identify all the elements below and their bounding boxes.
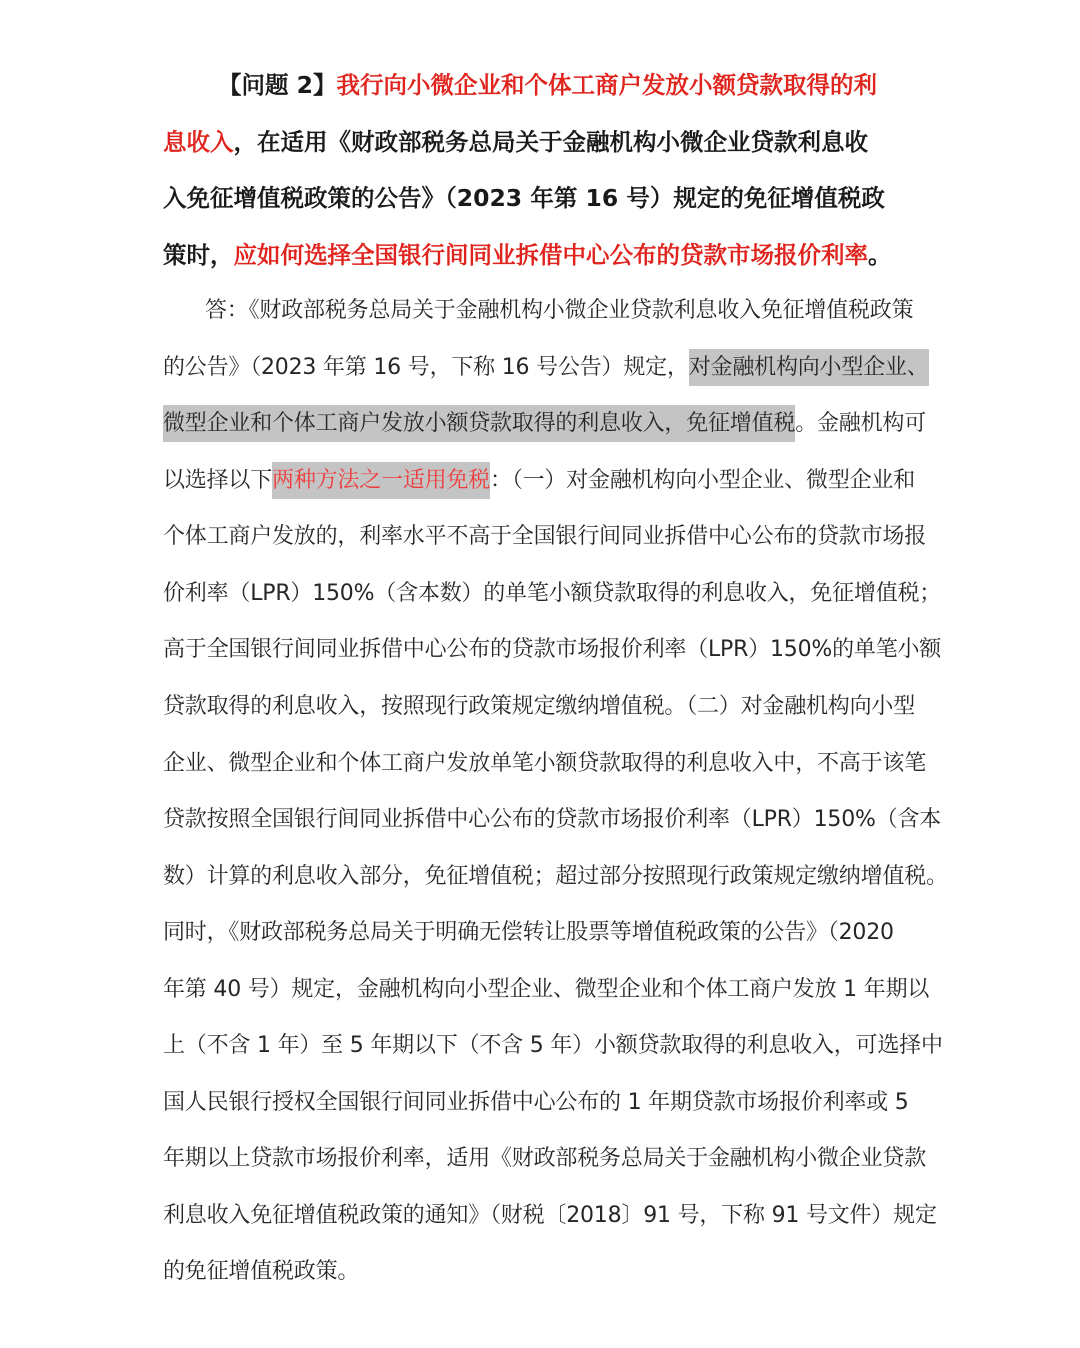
answer-text: 上（不含 1 年）至 5 年期以下（不含 5 年）小额贷款取得的利息收入，可选择… (163, 1033, 943, 1058)
answer-line-10: 贷款按照全国银行间同业拆借中心公布的贷款市场报价利率（LPR）150%（含本 (163, 800, 923, 840)
answer-line-5: 个体工商户发放的，利率水平不高于全国银行间同业拆借中心公布的贷款市场报 (163, 517, 923, 557)
answer-line-16: 年期以上贷款市场报价利率，适用《财政部税务总局关于金融机构小微企业贷款 (163, 1139, 923, 1179)
answer-text: 数）计算的利息收入部分，免征增值税；超过部分按照现行政策规定缴纳增值税。 (163, 864, 948, 889)
answer-text: ：（一）对金融机构向小型企业、微型企业和 (490, 468, 915, 493)
question-emphasis: 我行向小微企业和个体工商户发放小额贷款取得的利 (337, 71, 878, 99)
answer-line-3: 微型企业和个体工商户发放小额贷款取得的利息收入，免征增值税。金融机构可 (163, 404, 923, 444)
answer-text: 。金融机构可 (795, 411, 926, 436)
answer-line-15: 国人民银行授权全国银行间同业拆借中心公布的 1 年期贷款市场报价利率或 5 (163, 1083, 923, 1123)
answer-text: 个体工商户发放的，利率水平不高于全国银行间同业拆借中心公布的贷款市场报 (163, 524, 926, 549)
heading-line-3: 入免征增值税政策的公告》（2023 年第 16 号）规定的免征增值税政 (163, 178, 923, 218)
highlighted-text: 对金融机构向小型企业、 (689, 349, 929, 386)
answer-line-9: 企业、微型企业和个体工商户发放单笔小额贷款取得的利息收入中，不高于该笔 (163, 744, 923, 784)
answer-text: 以选择以下 (163, 468, 272, 493)
answer-line-17: 利息收入免征增值税政策的通知》（财税〔2018〕91 号，下称 91 号文件）规… (163, 1196, 923, 1236)
answer-line-14: 上（不含 1 年）至 5 年期以下（不含 5 年）小额贷款取得的利息收入，可选择… (163, 1026, 923, 1066)
answer-text: 的免征增值税政策。 (163, 1259, 359, 1284)
heading-line-4: 策时，应如何选择全国银行间同业拆借中心公布的贷款市场报价利率。 (163, 235, 943, 275)
answer-text: 高于全国银行间同业拆借中心公布的贷款市场报价利率（LPR）150%的单笔小额 (163, 637, 941, 662)
answer-text: 答：《财政部税务总局关于金融机构小微企业贷款利息收入免征增值税政策 (205, 298, 913, 323)
answer-text: 利息收入免征增值税政策的通知》（财税〔2018〕91 号，下称 91 号文件）规… (163, 1203, 937, 1228)
highlighted-text: 微型企业和个体工商户发放小额贷款取得的利息收入，免征增值税 (163, 405, 795, 442)
answer-line-7: 高于全国银行间同业拆借中心公布的贷款市场报价利率（LPR）150%的单笔小额 (163, 630, 923, 670)
answer-text: 企业、微型企业和个体工商户发放单笔小额贷款取得的利息收入中，不高于该笔 (163, 751, 926, 776)
document-page: 【问题 2】我行向小微企业和个体工商户发放小额贷款取得的利 息收入，在适用《财政… (0, 0, 1080, 1348)
answer-text: 国人民银行授权全国银行间同业拆借中心公布的 1 年期贷款市场报价利率或 5 (163, 1090, 909, 1115)
heading-text: 入免征增值税政策的公告》（2023 年第 16 号）规定的免征增值税政 (163, 184, 885, 212)
answer-line-18: 的免征增值税政策。 (163, 1252, 923, 1292)
heading-line-2: 息收入，在适用《财政部税务总局关于金融机构小微企业贷款利息收 (163, 122, 923, 162)
heading-text: 。 (868, 241, 892, 269)
answer-text: 同时，《财政部税务总局关于明确无偿转让股票等增值税政策的公告》（2020 (163, 920, 894, 945)
heading-text: ，在适用《财政部税务总局关于金融机构小微企业贷款利息收 (234, 128, 869, 156)
answer-text: 年第 40 号）规定，金融机构向小型企业、微型企业和个体工商户发放 1 年期以 (163, 977, 929, 1002)
heading-text: 策时， (163, 241, 234, 269)
answer-line-6: 价利率（LPR）150%（含本数）的单笔小额贷款取得的利息收入，免征增值税； (163, 574, 923, 614)
answer-line-1: 答：《财政部税务总局关于金融机构小微企业贷款利息收入免征增值税政策 (205, 291, 925, 331)
question-label: 【问题 2】 (218, 71, 337, 99)
answer-line-13: 年第 40 号）规定，金融机构向小型企业、微型企业和个体工商户发放 1 年期以 (163, 970, 923, 1010)
answer-line-11: 数）计算的利息收入部分，免征增值税；超过部分按照现行政策规定缴纳增值税。 (163, 857, 923, 897)
question-emphasis: 应如何选择全国银行间同业拆借中心公布的贷款市场报价利率 (234, 241, 869, 269)
answer-line-12: 同时，《财政部税务总局关于明确无偿转让股票等增值税政策的公告》（2020 (163, 913, 923, 953)
answer-line-8: 贷款取得的利息收入，按照现行政策规定缴纳增值税。（二）对金融机构向小型 (163, 687, 923, 727)
answer-text: 贷款取得的利息收入，按照现行政策规定缴纳增值税。（二）对金融机构向小型 (163, 694, 915, 719)
answer-line-4: 以选择以下两种方法之一适用免税：（一）对金融机构向小型企业、微型企业和 (163, 461, 923, 501)
answer-text: 贷款按照全国银行间同业拆借中心公布的贷款市场报价利率（LPR）150%（含本 (163, 807, 941, 832)
answer-text: 价利率（LPR）150%（含本数）的单笔小额贷款取得的利息收入，免征增值税； (163, 581, 941, 606)
heading-line-1: 【问题 2】我行向小微企业和个体工商户发放小额贷款取得的利 (218, 65, 918, 105)
highlighted-red-text: 两种方法之一适用免税 (272, 462, 490, 499)
question-emphasis: 息收入 (163, 128, 234, 156)
answer-text: 年期以上贷款市场报价利率，适用《财政部税务总局关于金融机构小微企业贷款 (163, 1146, 926, 1171)
answer-line-2: 的公告》（2023 年第 16 号，下称 16 号公告）规定，对金融机构向小型企… (163, 348, 923, 388)
answer-text: 的公告》（2023 年第 16 号，下称 16 号公告）规定， (163, 355, 689, 380)
